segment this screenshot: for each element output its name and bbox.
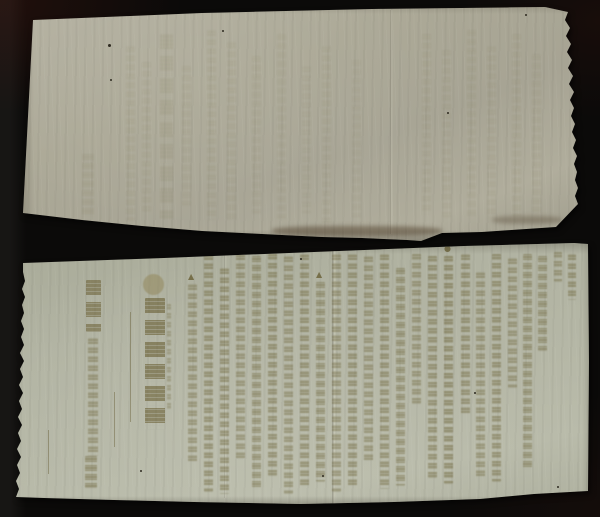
text-column (508, 258, 517, 388)
text-column (523, 254, 532, 469)
text-column (220, 268, 229, 494)
edge-stain (492, 216, 562, 224)
photo-scene: ●▲▲ (0, 0, 600, 517)
ghost-text-column (532, 54, 541, 212)
foxing-speck (110, 79, 112, 81)
foxing-speck (447, 112, 449, 114)
foxing-speck (525, 14, 527, 16)
triangle-bullet: ▲ (188, 273, 194, 281)
text-column (554, 252, 562, 282)
ghost-text-column (126, 46, 135, 221)
vertical-rule (48, 430, 49, 474)
ghost-text-column (302, 66, 311, 214)
ghost-text-column (207, 30, 216, 220)
ghost-text-column (512, 34, 521, 217)
ghost-text-column (422, 34, 431, 214)
text-column (316, 282, 325, 482)
paper-bottom-faceup: ●▲▲ (14, 242, 592, 508)
text-column (380, 254, 389, 489)
text-column (348, 254, 357, 486)
triangle-bullet: ▲ (316, 271, 322, 279)
foxing-speck (300, 258, 302, 260)
text-column (284, 256, 293, 494)
foxing-speck (222, 30, 224, 32)
publisher-column (86, 280, 101, 332)
text-column (461, 254, 470, 414)
ghost-text-column (442, 50, 451, 218)
ghost-text-column (142, 62, 151, 212)
ghost-text-column (322, 46, 331, 224)
text-column (396, 268, 405, 486)
text-column (236, 254, 245, 459)
paper-top-sheet (22, 4, 582, 244)
foxing-speck (140, 470, 142, 472)
foxing-speck (322, 475, 324, 477)
circle-bullet: ● (444, 245, 451, 253)
ghost-text-column (352, 60, 361, 218)
ghost-text-column (252, 56, 261, 214)
ghost-text-column (467, 30, 476, 218)
text-column (332, 254, 341, 492)
ghost-text-column (277, 34, 286, 219)
text-column (268, 254, 277, 476)
text-column (568, 254, 576, 300)
ghost-text-column (487, 46, 496, 218)
text-column (492, 254, 501, 482)
text-column (364, 256, 373, 461)
publisher-column (85, 456, 97, 488)
circular-seal-mark (143, 274, 164, 295)
text-column (188, 284, 197, 462)
text-column (538, 256, 547, 351)
text-column (428, 256, 437, 478)
foxing-speck (17, 81, 19, 83)
text-column (412, 254, 421, 404)
vertical-rule (130, 312, 131, 422)
text-column (204, 254, 213, 492)
publisher-column (88, 338, 98, 456)
ghost-text-column (160, 34, 173, 219)
furigana-column (167, 304, 171, 412)
text-column (444, 256, 453, 484)
ghost-text-column (82, 154, 94, 216)
text-column (476, 272, 485, 477)
vertical-rule (114, 392, 115, 447)
text-column (252, 256, 261, 489)
foxing-speck (474, 392, 476, 394)
edge-stain (272, 226, 442, 236)
bleed-through-text-layer (22, 4, 582, 244)
text-column (300, 254, 309, 486)
ghost-text-column (182, 66, 191, 206)
headline-column (145, 298, 165, 430)
foxing-speck (108, 44, 111, 47)
ghost-text-column (227, 42, 236, 220)
foxing-speck (557, 486, 559, 488)
paper-bottom-sheet: ●▲▲ (14, 242, 592, 508)
paper-top-facedown (22, 4, 582, 244)
